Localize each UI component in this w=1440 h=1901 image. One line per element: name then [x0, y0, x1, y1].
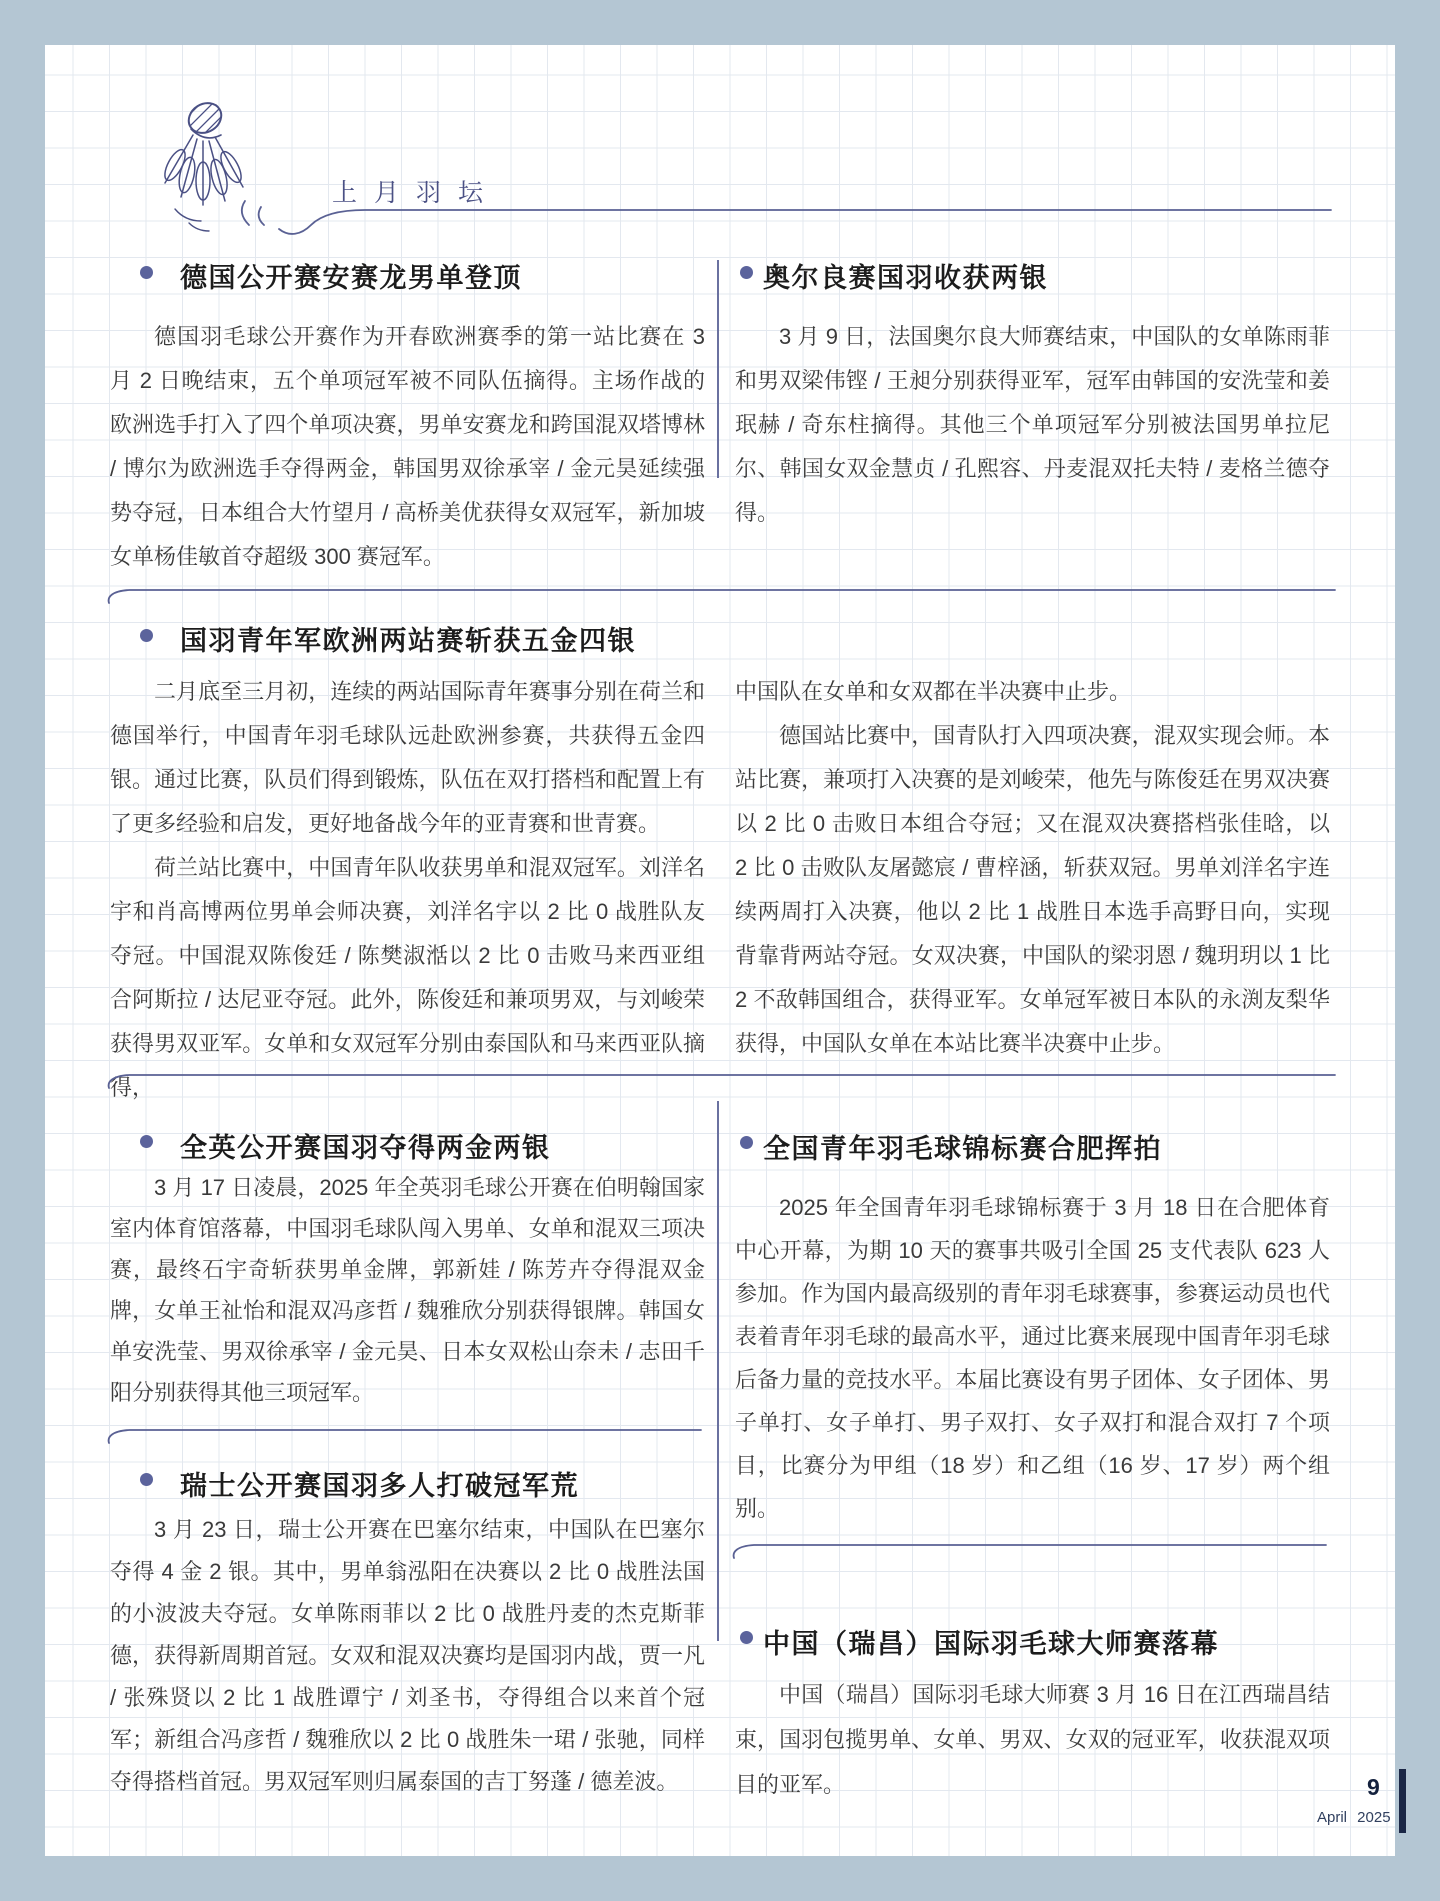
paragraph: 2025 年全国青年羽毛球锦标赛于 3 月 18 日在合肥体育中心开幕，为期 1… [735, 1186, 1330, 1530]
article-body-youth-europe-right: 中国队在女单和女双都在半决赛中止步。 德国站比赛中，国青队打入四项决赛，混双实现… [735, 670, 1330, 1066]
paragraph: 中国（瑞昌）国际羽毛球大师赛 3 月 16 日在江西瑞昌结束，国羽包揽男单、女单… [735, 1672, 1330, 1807]
bullet-icon [140, 1473, 153, 1486]
article-title-all-england: 全英公开赛国羽夺得两金两银 [180, 1126, 551, 1165]
section-divider [105, 1072, 1339, 1092]
article-body-national-youth: 2025 年全国青年羽毛球锦标赛于 3 月 18 日在合肥体育中心开幕，为期 1… [735, 1186, 1330, 1530]
bullet-icon [740, 1631, 753, 1644]
issue-date: April 2025 [1317, 1809, 1391, 1826]
magazine-spread: { "header": { "title": "上月羽坛" }, "sectio… [0, 0, 1440, 1901]
article-title-ruichang-masters: 中国（瑞昌）国际羽毛球大师赛落幕 [763, 1622, 1219, 1661]
article-title-youth-europe: 国羽青年军欧洲两站赛斩获五金四银 [180, 619, 636, 658]
paragraph: 荷兰站比赛中，中国青年队收获男单和混双冠军。刘洋名宇和肖高博两位男单会师决赛，刘… [110, 846, 705, 1110]
section-divider [730, 1542, 1330, 1562]
paragraph: 3 月 23 日，瑞士公开赛在巴塞尔结束，中国队在巴塞尔夺得 4 金 2 银。其… [110, 1509, 705, 1803]
column-divider [717, 1101, 719, 1641]
section-divider [105, 587, 1339, 607]
article-body-swiss-open: 3 月 23 日，瑞士公开赛在巴塞尔结束，中国队在巴塞尔夺得 4 金 2 银。其… [110, 1509, 705, 1803]
paragraph: 3 月 9 日，法国奥尔良大师赛结束，中国队的女单陈雨菲和男双梁伟铿 / 王昶分… [735, 315, 1330, 535]
paragraph: 中国队在女单和女双都在半决赛中止步。 [735, 670, 1330, 714]
article-body-ruichang-masters: 中国（瑞昌）国际羽毛球大师赛 3 月 16 日在江西瑞昌结束，国羽包揽男单、女单… [735, 1672, 1330, 1807]
bullet-icon [140, 1135, 153, 1148]
paragraph: 3 月 17 日凌晨，2025 年全英羽毛球公开赛在伯明翰国家室内体育馆落幕，中… [110, 1167, 705, 1413]
paragraph: 德国羽毛球公开赛作为开春欧洲赛季的第一站比赛在 3 月 2 日晚结束，五个单项冠… [110, 315, 705, 579]
article-body-youth-europe-left: 二月底至三月初，连续的两站国际青年赛事分别在荷兰和德国举行，中国青年羽毛球队远赴… [110, 670, 705, 1110]
bullet-icon [740, 1136, 753, 1149]
article-title-swiss-open: 瑞士公开赛国羽多人打破冠军荒 [180, 1464, 579, 1503]
article-title-orleans: 奥尔良赛国羽收获两银 [763, 256, 1048, 295]
paragraph: 二月底至三月初，连续的两站国际青年赛事分别在荷兰和德国举行，中国青年羽毛球队远赴… [110, 670, 705, 846]
header-underline [193, 193, 1335, 239]
article-body-orleans: 3 月 9 日，法国奥尔良大师赛结束，中国队的女单陈雨菲和男双梁伟铿 / 王昶分… [735, 315, 1330, 535]
column-divider [717, 260, 719, 478]
page-edge-bar [1399, 1769, 1406, 1833]
article-body-german-open: 德国羽毛球公开赛作为开春欧洲赛季的第一站比赛在 3 月 2 日晚结束，五个单项冠… [110, 315, 705, 579]
page-number: 9 [1367, 1774, 1380, 1801]
article-body-all-england: 3 月 17 日凌晨，2025 年全英羽毛球公开赛在伯明翰国家室内体育馆落幕，中… [110, 1167, 705, 1413]
bullet-icon [740, 266, 753, 279]
section-divider [105, 1427, 705, 1447]
bullet-icon [140, 629, 153, 642]
magazine-page: 上月羽坛 德国公开赛安赛龙男单登顶 德国羽毛球公开赛作为开春欧洲赛季的第一站比赛… [45, 45, 1395, 1856]
paragraph: 德国站比赛中，国青队打入四项决赛，混双实现会师。本站比赛，兼项打入决赛的是刘峻荣… [735, 714, 1330, 1066]
bullet-icon [140, 266, 153, 279]
article-title-national-youth: 全国青年羽毛球锦标赛合肥挥拍 [763, 1127, 1162, 1166]
article-title-german-open: 德国公开赛安赛龙男单登顶 [180, 256, 522, 295]
